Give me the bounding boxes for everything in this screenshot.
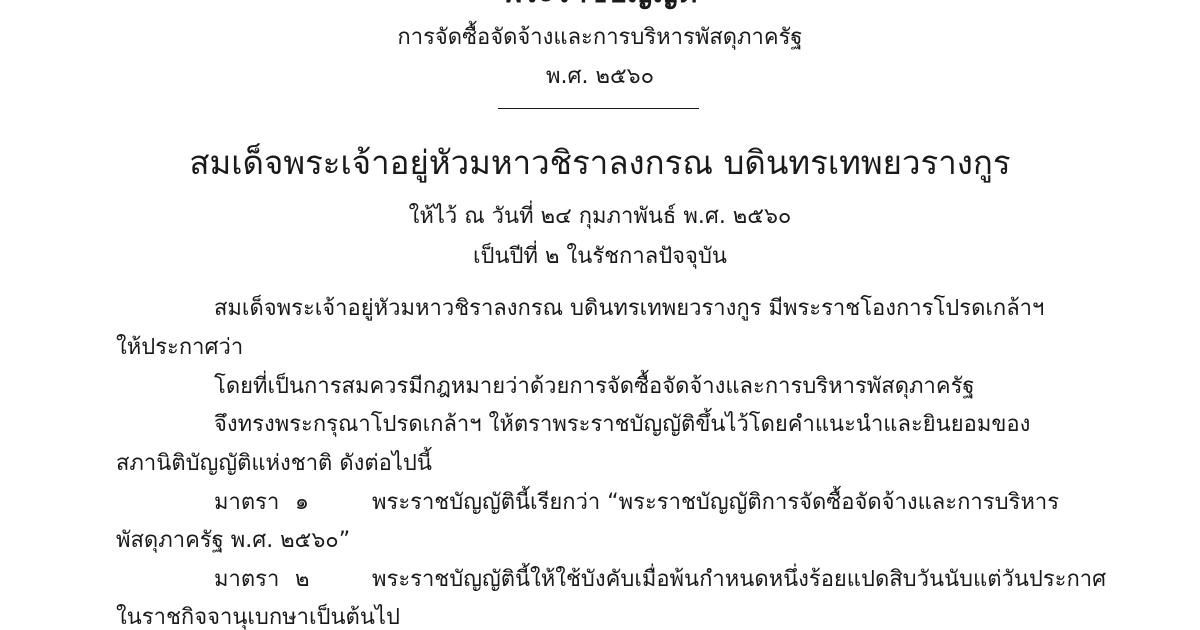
section-2-text-cont: ในราชกิจจานุเบกษาเป็นต้นไป	[116, 607, 400, 629]
title-divider	[498, 108, 699, 109]
section-1-text: พระราชบัญญัตินี้เรียกว่า “พระราชบัญญัติก…	[372, 492, 1059, 514]
reign-year: เป็นปีที่ ๒ ในรัชกาลปัจจุบัน	[0, 246, 1200, 268]
preamble-line-5: สภานิติบัญญัติแห่งชาติ ดังต่อไปนี้	[116, 453, 432, 475]
preamble-line-2: ให้ประกาศว่า	[116, 337, 243, 359]
section-1-text-cont: พัสดุภาครัฐ พ.ศ. ๒๕๖๐”	[116, 530, 350, 552]
document-page: พระราชบัญญัติ การจัดซื้อจัดจ้างและการบริ…	[0, 0, 1200, 630]
preamble-line-4: จึงทรงพระกรุณาโปรดเกล้าฯ ให้ตราพระราชบัญ…	[214, 414, 1030, 436]
act-title: พระราชบัญญัติ	[0, 0, 1200, 8]
section-1-label: มาตรา	[214, 492, 279, 514]
preamble-line-1: สมเด็จพระเจ้าอยู่หัวมหาวชิราลงกรณ บดินทร…	[214, 298, 1044, 320]
act-subtitle: การจัดซื้อจัดจ้างและการบริหารพัสดุภาครัฐ	[0, 27, 1200, 49]
given-date: ให้ไว้ ณ วันที่ ๒๔ กุมภาพันธ์ พ.ศ. ๒๕๖๐	[0, 206, 1200, 228]
section-1-number: ๑	[295, 492, 309, 514]
section-2-label: มาตรา	[214, 569, 279, 591]
section-2-text: พระราชบัญญัตินี้ให้ใช้บังคับเมื่อพ้นกำหน…	[372, 569, 1106, 591]
preamble-line-3: โดยที่เป็นการสมควรมีกฎหมายว่าด้วยการจัดซ…	[214, 376, 975, 398]
section-2-number: ๒	[295, 569, 310, 591]
act-year: พ.ศ. ๒๕๖๐	[0, 66, 1200, 88]
king-name: สมเด็จพระเจ้าอยู่หัวมหาวชิราลงกรณ บดินทร…	[0, 146, 1200, 179]
